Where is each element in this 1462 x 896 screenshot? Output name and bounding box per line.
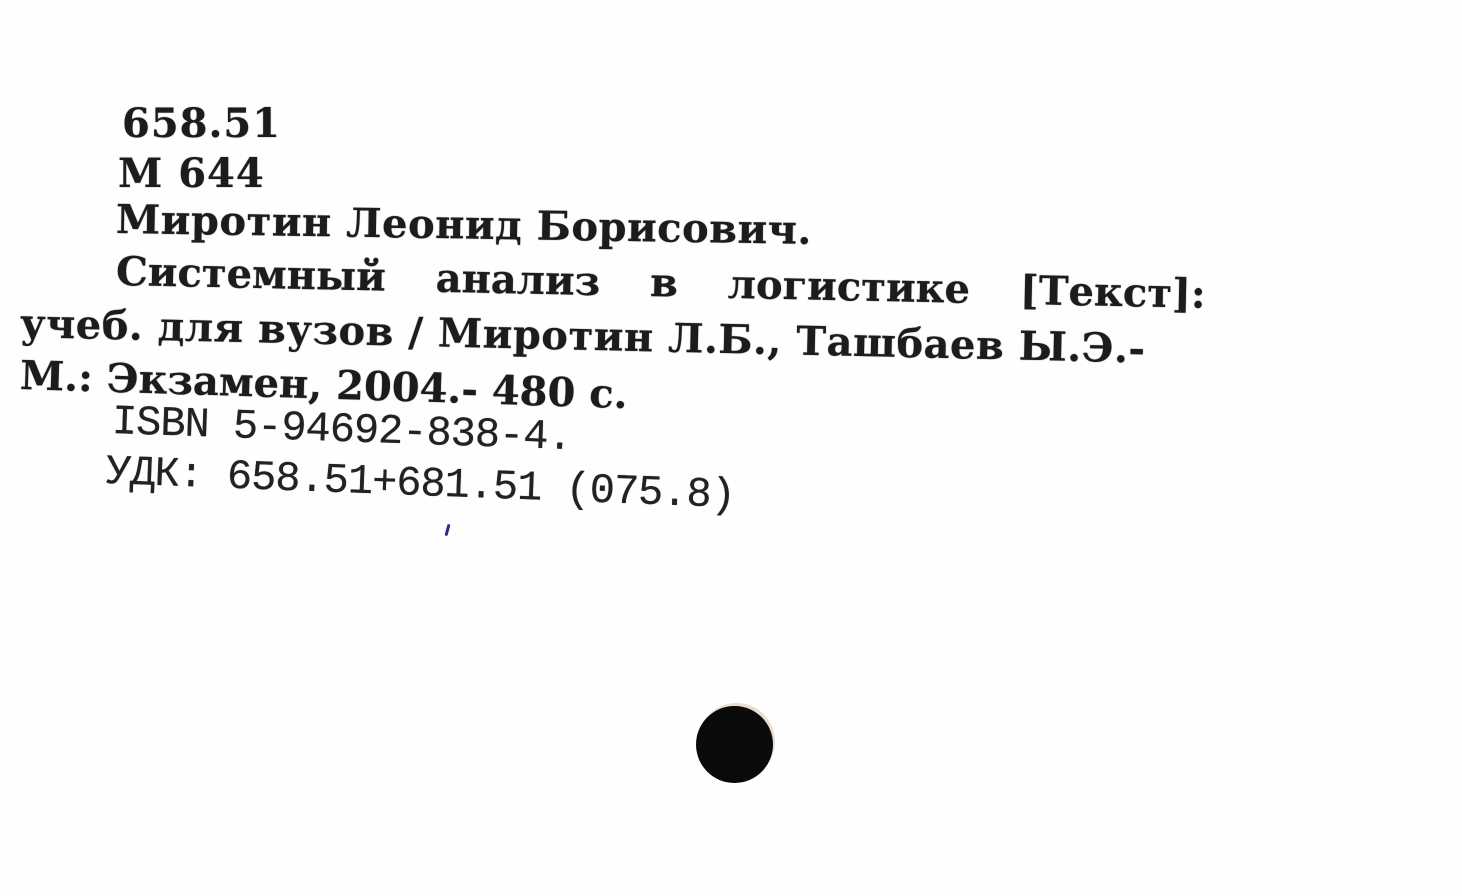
classification-number: 658.51: [122, 100, 281, 147]
udk-line: УДК: 658.51+681.51 (075.8): [105, 448, 736, 520]
ink-mark: [444, 524, 450, 536]
author-heading: Миротин Леонид Борисович.: [116, 196, 813, 254]
catalog-card: 658.51 М 644 Миротин Леонид Борисович. С…: [0, 0, 1462, 896]
punch-hole: [696, 706, 773, 783]
author-mark: М 644: [118, 150, 265, 197]
